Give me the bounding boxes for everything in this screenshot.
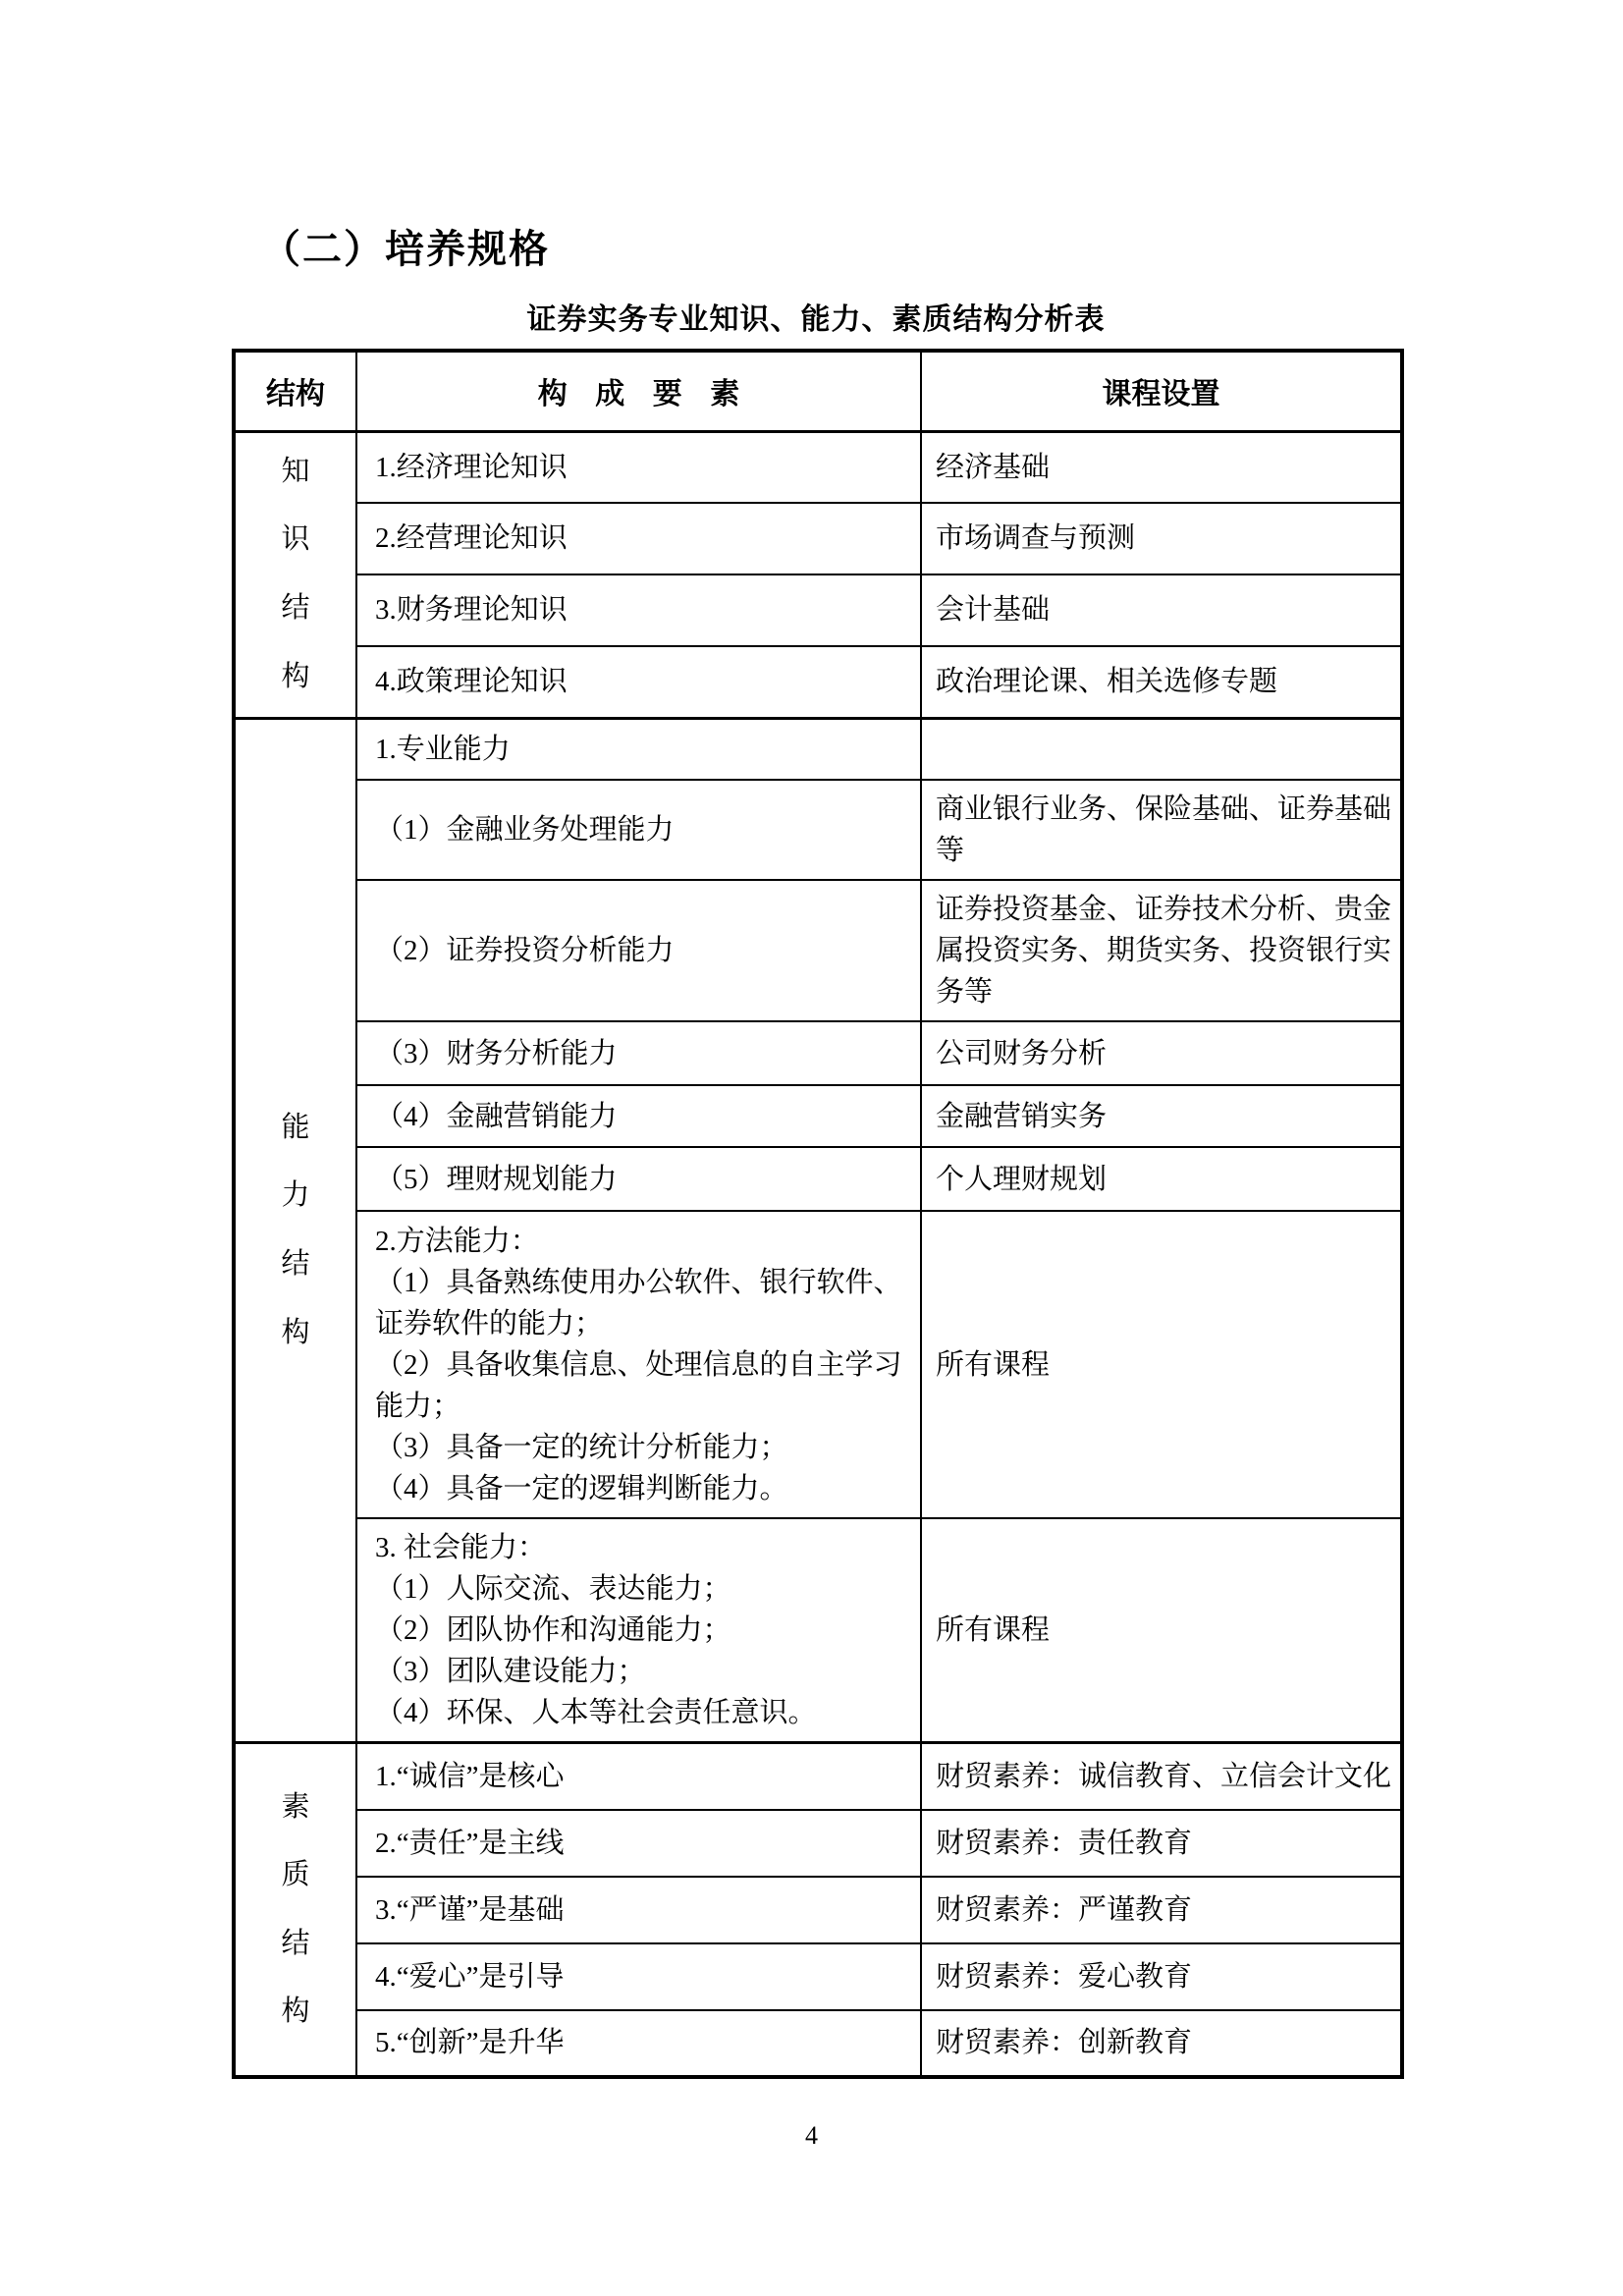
header-components: 构成要素: [356, 351, 921, 431]
factor-cell: （3）财务分析能力: [356, 1021, 921, 1085]
document-page: （二）培养规格 证券实务专业知识、能力、素质结构分析表 结构 构成要素 课程设置…: [0, 0, 1623, 2296]
factor-cell: （1）金融业务处理能力: [356, 780, 921, 880]
factor-cell: 5.“创新”是升华: [356, 2010, 921, 2077]
table-row: 素质结构1.“诚信”是核心财贸素养：诚信教育、立信会计文化: [234, 1743, 1402, 1810]
course-cell: 财贸素养：爱心教育: [921, 1943, 1402, 2010]
table-row: 5.“创新”是升华财贸素养：创新教育: [234, 2010, 1402, 2077]
course-cell: 所有课程: [921, 1518, 1402, 1743]
course-cell: 经济基础: [921, 431, 1402, 503]
course-cell: 政治理论课、相关选修专题: [921, 646, 1402, 718]
factor-cell: 1.专业能力: [356, 718, 921, 780]
course-cell: 商业银行业务、保险基础、证券基础 等: [921, 780, 1402, 880]
course-cell: 财贸素养：创新教育: [921, 2010, 1402, 2077]
course-cell: 所有课程: [921, 1211, 1402, 1518]
factor-cell: （5）理财规划能力: [356, 1147, 921, 1211]
course-cell: 证券投资基金、证券技术分析、贵金 属投资实务、期货实务、投资银行实 务等: [921, 880, 1402, 1021]
course-cell: 个人理财规划: [921, 1147, 1402, 1211]
page-number: 4: [0, 2121, 1623, 2151]
header-components-text: 构成要素: [538, 378, 768, 410]
course-cell: [921, 718, 1402, 780]
table-row: 3.财务理论知识会计基础: [234, 574, 1402, 646]
factor-cell: 1.经济理论知识: [356, 431, 921, 503]
table-row: 3. 社会能力： （1）人际交流、表达能力； （2）团队协作和沟通能力； （3）…: [234, 1518, 1402, 1743]
course-cell: 财贸素养：责任教育: [921, 1810, 1402, 1877]
section-label-text: 知识结构: [279, 438, 312, 711]
table-row: 3.“严谨”是基础财贸素养：严谨教育: [234, 1877, 1402, 1943]
factor-cell: 3.财务理论知识: [356, 574, 921, 646]
factor-cell: 2.“责任”是主线: [356, 1810, 921, 1877]
course-cell: 财贸素养：诚信教育、立信会计文化: [921, 1743, 1402, 1810]
course-cell: 财贸素养：严谨教育: [921, 1877, 1402, 1943]
table-row: 4.“爱心”是引导财贸素养：爱心教育: [234, 1943, 1402, 2010]
header-courses: 课程设置: [921, 351, 1402, 431]
table-row: 2.“责任”是主线财贸素养：责任教育: [234, 1810, 1402, 1877]
factor-cell: 2.经营理论知识: [356, 503, 921, 574]
table-row: （5）理财规划能力个人理财规划: [234, 1147, 1402, 1211]
course-cell: 会计基础: [921, 574, 1402, 646]
section-label-text: 素质结构: [279, 1774, 312, 2047]
analysis-table: 结构 构成要素 课程设置 知识结构1.经济理论知识经济基础2.经营理论知识市场调…: [232, 349, 1404, 2079]
factor-cell: 1.“诚信”是核心: [356, 1743, 921, 1810]
table-row: 知识结构1.经济理论知识经济基础: [234, 431, 1402, 503]
factor-cell: 3.“严谨”是基础: [356, 1877, 921, 1943]
table-row: 4.政策理论知识政治理论课、相关选修专题: [234, 646, 1402, 718]
table-row: （4）金融营销能力金融营销实务: [234, 1085, 1402, 1147]
factor-cell: 4.政策理论知识: [356, 646, 921, 718]
factor-cell: 2.方法能力： （1）具备熟练使用办公软件、银行软件、 证券软件的能力； （2）…: [356, 1211, 921, 1518]
factor-cell: （2）证券投资分析能力: [356, 880, 921, 1021]
factor-cell: 4.“爱心”是引导: [356, 1943, 921, 2010]
factor-cell: 3. 社会能力： （1）人际交流、表达能力； （2）团队协作和沟通能力； （3）…: [356, 1518, 921, 1743]
table-row: 2.经营理论知识市场调查与预测: [234, 503, 1402, 574]
course-cell: 金融营销实务: [921, 1085, 1402, 1147]
table-row: （3）财务分析能力公司财务分析: [234, 1021, 1402, 1085]
section-label: 能力结构: [234, 718, 356, 1743]
section-label: 素质结构: [234, 1743, 356, 2077]
table-row: 能力结构1.专业能力: [234, 718, 1402, 780]
course-cell: 市场调查与预测: [921, 503, 1402, 574]
section-label-text: 能力结构: [279, 1094, 312, 1367]
factor-cell: （4）金融营销能力: [356, 1085, 921, 1147]
table-row: （1）金融业务处理能力商业银行业务、保险基础、证券基础 等: [234, 780, 1402, 880]
header-structure: 结构: [234, 351, 356, 431]
course-cell: 公司财务分析: [921, 1021, 1402, 1085]
table-title: 证券实务专业知识、能力、素质结构分析表: [232, 295, 1400, 338]
table-row: （2）证券投资分析能力证券投资基金、证券技术分析、贵金 属投资实务、期货实务、投…: [234, 880, 1402, 1021]
header-row: 结构 构成要素 课程设置: [234, 351, 1402, 431]
section-label: 知识结构: [234, 431, 356, 718]
table-row: 2.方法能力： （1）具备熟练使用办公软件、银行软件、 证券软件的能力； （2）…: [234, 1211, 1402, 1518]
section-heading: （二）培养规格: [261, 218, 550, 274]
